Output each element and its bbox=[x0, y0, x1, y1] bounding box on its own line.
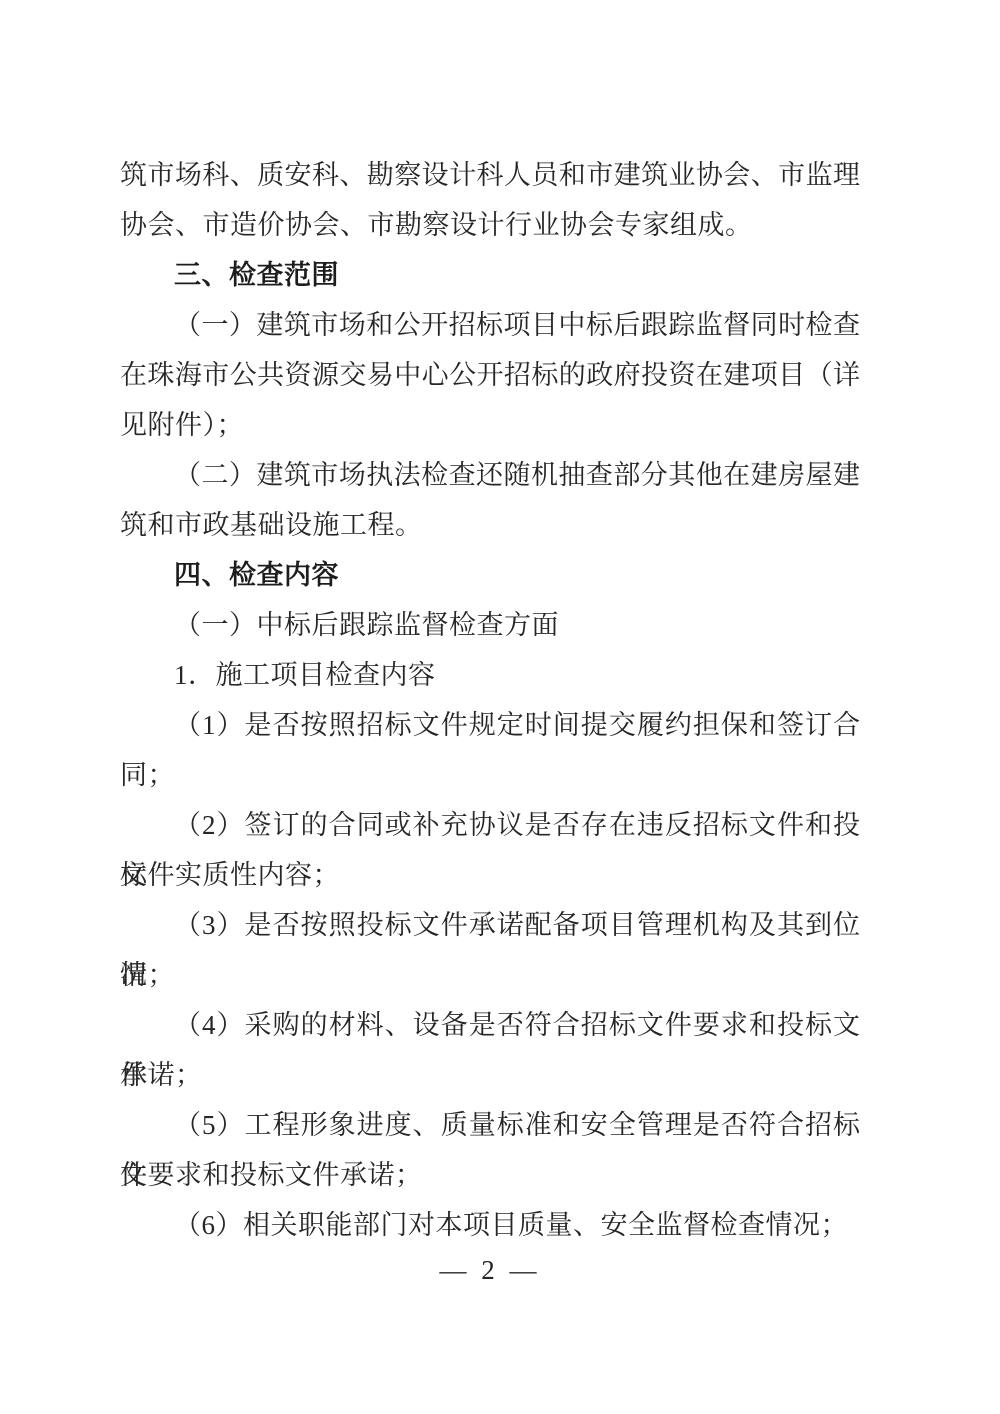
document-page: 筑市场科、质安科、勘察设计科人员和市建筑业协会、市监理协会、市造价协会、市勘察设… bbox=[0, 0, 1000, 1414]
text-line: 筑市场科、质安科、勘察设计科人员和市建筑业协会、市监理 bbox=[120, 150, 860, 200]
text-line: 况； bbox=[120, 950, 860, 1000]
document-body: 筑市场科、质安科、勘察设计科人员和市建筑业协会、市监理协会、市造价协会、市勘察设… bbox=[120, 150, 860, 1250]
text-line: 承诺； bbox=[120, 1050, 860, 1100]
text-line: （5）工程形象进度、质量标准和安全管理是否符合招标文 bbox=[120, 1100, 860, 1150]
section-heading: 三、检查范围 bbox=[120, 250, 860, 300]
text-line: （2）签订的合同或补充协议是否存在违反招标文件和投标 bbox=[120, 800, 860, 850]
text-line: （一）中标后跟踪监督检查方面 bbox=[120, 600, 860, 650]
text-line: 同； bbox=[120, 750, 860, 800]
text-line: （3）是否按照投标文件承诺配备项目管理机构及其到位情 bbox=[120, 900, 860, 950]
text-line: 见附件）； bbox=[120, 400, 860, 450]
text-line: 文件实质性内容； bbox=[120, 850, 860, 900]
text-line: （一）建筑市场和公开招标项目中标后跟踪监督同时检查 bbox=[120, 300, 860, 350]
section-heading: 四、检查内容 bbox=[120, 550, 860, 600]
text-line: （1）是否按照招标文件规定时间提交履约担保和签订合 bbox=[120, 700, 860, 750]
text-line: （6）相关职能部门对本项目质量、安全监督检查情况； bbox=[120, 1200, 860, 1250]
text-line: 筑和市政基础设施工程。 bbox=[120, 500, 860, 550]
text-line: 在珠海市公共资源交易中心公开招标的政府投资在建项目（详 bbox=[120, 350, 860, 400]
text-line: 件要求和投标文件承诺； bbox=[120, 1150, 860, 1200]
text-line: 协会、市造价协会、市勘察设计行业协会专家组成。 bbox=[120, 200, 860, 250]
text-line: （4）采购的材料、设备是否符合招标文件要求和投标文件 bbox=[120, 1000, 860, 1050]
page-number: — 2 — bbox=[120, 1245, 860, 1295]
text-line: （二）建筑市场执法检查还随机抽查部分其他在建房屋建 bbox=[120, 450, 860, 500]
text-line: 1．施工项目检查内容 bbox=[120, 650, 860, 700]
